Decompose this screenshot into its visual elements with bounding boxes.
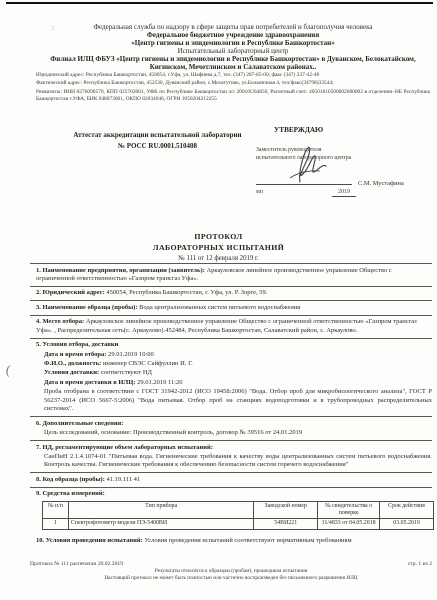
signer-name: С.М. Мустафина (358, 180, 404, 187)
section-7-regulations: 7. НД, регламентирующие объем лабораторн… (30, 440, 432, 472)
col-header-serial: Заводской номер (254, 501, 318, 519)
instruments-table-row: 1 Спектрофотометр модели ПЭ-5400ВИ 54ВИ2… (43, 519, 434, 529)
section-4-label: 4. Место отбора: (36, 318, 84, 325)
delivery-conditions-value: соответствуют НД (101, 369, 152, 376)
protocol-sections: 1. Наименование предприятия, организации… (30, 263, 432, 548)
col-header-valid: Срок действия (380, 501, 434, 519)
legal-address: Юридический адрес: Республика Башкортост… (36, 72, 430, 79)
scan-edge-line (6, 2, 433, 4)
accreditation-title: Аттестат аккредитации испытательной лабо… (40, 130, 275, 141)
protocol-number-date: № 111 от 12 февраля 2019 г. (0, 255, 437, 262)
section-5-sampling-conditions: 5. Условия отбора, доставки Дата и время… (30, 338, 432, 417)
section-8-sample-code: 8. Код образца (пробы): 41.19.111 41 (30, 472, 432, 486)
section-3-label: 3. Наименование образца (пробы): (36, 304, 137, 311)
section-6-additional-info: 6. Дополнительные сведения: Цель исследо… (30, 416, 432, 440)
institution-type: Федеральное бюджетное учреждение здравоо… (36, 31, 430, 39)
section-2-label: 2. Юридический адрес: (36, 289, 105, 296)
cell-type: Спектрофотометр модели ПЭ-5400ВИ (68, 519, 253, 529)
protocol-title-line2: ЛАБОРАТОРНЫХ ИСПЫТАНИЙ (0, 242, 437, 253)
section-2-legal-address: 2. Юридический адрес: 450054, Республика… (30, 286, 432, 300)
section-1-applicant: 1. Наименование предприятия, организации… (30, 263, 432, 286)
section-9-label: 9. Средства измерений: (36, 490, 105, 497)
institution-name: «Центр гигиены и эпидемиологии в Республ… (36, 39, 430, 47)
section-4-text: Аркауловское линейное производственное у… (36, 318, 417, 333)
section-2-text: 450054, Республика Башкортостан, г. Уфа,… (106, 289, 267, 296)
section-5-label: 5. Условия отбора, доставки (36, 341, 118, 348)
mp-label: мп (256, 189, 263, 197)
scanned-document-page: : ( Федеральная служба по надзору в сфер… (0, 0, 437, 600)
bank-details: Реквизиты: ИНН 0276090570, КПП 025702001… (36, 89, 430, 104)
col-header-type: Тип прибора (68, 501, 253, 519)
cell-certificate: 11/4833 от 04.05.2018 (318, 519, 380, 529)
section-1-label: 1. Наименование предприятия, организации… (36, 267, 205, 274)
cell-serial: 54ВИ221 (254, 519, 318, 529)
col-header-certificate: № свидетельства о поверке (318, 501, 380, 519)
section-4-sampling-place: 4. Место отбора: Аркауловское линейное п… (30, 315, 432, 338)
section-8-label: 8. Код образца (пробы): (36, 476, 105, 483)
sampler-name-label: Ф.И.О., должность: (44, 360, 101, 367)
document-header: Федеральная служба по надзору в сфере за… (36, 23, 430, 103)
agency-name: Федеральная служба по надзору в сфере за… (36, 23, 430, 31)
signature-icon (280, 144, 332, 184)
page-footer: Протокол № 111 распечатан 20.02.2019 стр… (30, 561, 432, 583)
footer-page-number: стр. 1 из 2 (408, 561, 432, 567)
branch-name: Филиал ИЛЦ ФБУЗ «Центр гигиены и эпидеми… (36, 55, 430, 71)
approve-word: УТВЕРЖДАЮ (274, 126, 432, 134)
section-10-text: Условия проведения испытаний соответству… (144, 537, 351, 544)
protocol-title-block: ПРОТОКОЛ ЛАБОРАТОРНЫХ ИСПЫТАНИЙ № 111 от… (0, 231, 437, 262)
approval-block: УТВЕРЖДАЮ Заместитель руководителя испыт… (256, 126, 432, 197)
section-6-text: Цель исследований, основание: Производст… (44, 429, 432, 437)
section-7-label: 7. НД, регламентирующие объем лабораторн… (36, 444, 213, 451)
sampling-standards-note: Проба отобрана в соответствии с ГОСТ 319… (44, 388, 432, 413)
accreditation-number: № РОСС RU.0001.510408 (40, 141, 275, 152)
sampling-datetime-value: 29.01.2019 10:00 (108, 351, 154, 358)
scan-artifact-mark: ( (5, 362, 12, 378)
accreditation-approval-row: Аттестат аккредитации испытательной лабо… (0, 126, 437, 230)
section-9-instruments: 9. Средства измерений: № п/п Тип прибора… (30, 487, 432, 535)
section-10-label: 10. Условия проведения испытаний: (36, 537, 143, 544)
protocol-title-line1: ПРОТОКОЛ (0, 231, 437, 242)
footer-note-line2: Настоящий протокол не может быть полност… (30, 575, 432, 582)
col-header-num: № п/п (43, 501, 69, 519)
cell-num: 1 (43, 519, 69, 529)
footer-protocol-print-info: Протокол № 111 распечатан 20.02.2019 (30, 561, 123, 567)
instruments-table-header-row: № п/п Тип прибора Заводской номер № свид… (43, 501, 434, 519)
section-3-text: Вода централизованных систем питьевого в… (139, 304, 300, 311)
section-10-test-conditions: 10. Условия проведения испытаний: Услови… (30, 534, 432, 547)
sampling-datetime-label: Дата и время отбора: (44, 351, 106, 358)
lab-center-name: Испытательный лабораторный центр (36, 47, 430, 55)
delivery-conditions-label: Условия доставки: (44, 369, 99, 376)
approval-year: 2019 (332, 189, 356, 197)
actual-address: Фактический адрес: Республика Башкортост… (36, 80, 430, 87)
accreditation-block: Аттестат аккредитации испытательной лабо… (40, 130, 275, 151)
delivery-datetime-label: Дата и время доставки в ИЛЦ: (44, 379, 135, 386)
section-3-sample-name: 3. Наименование образца (пробы): Вода це… (30, 300, 432, 314)
instruments-table: № п/п Тип прибора Заводской номер № свид… (42, 501, 434, 530)
cell-valid: 03.05.2019 (380, 519, 434, 529)
delivery-datetime-value: 29.01.2019 11:20 (137, 379, 182, 386)
section-6-label: 6. Дополнительные сведения: (36, 420, 123, 427)
section-8-text: 41.19.111 41 (107, 476, 141, 483)
section-7-text: СанПиН 2.1.4.1074-01 "Питьевая вода. Гиг… (44, 453, 432, 470)
sampler-name-value: инженер СВЭС Сайфуллин И. Г. (103, 360, 193, 367)
